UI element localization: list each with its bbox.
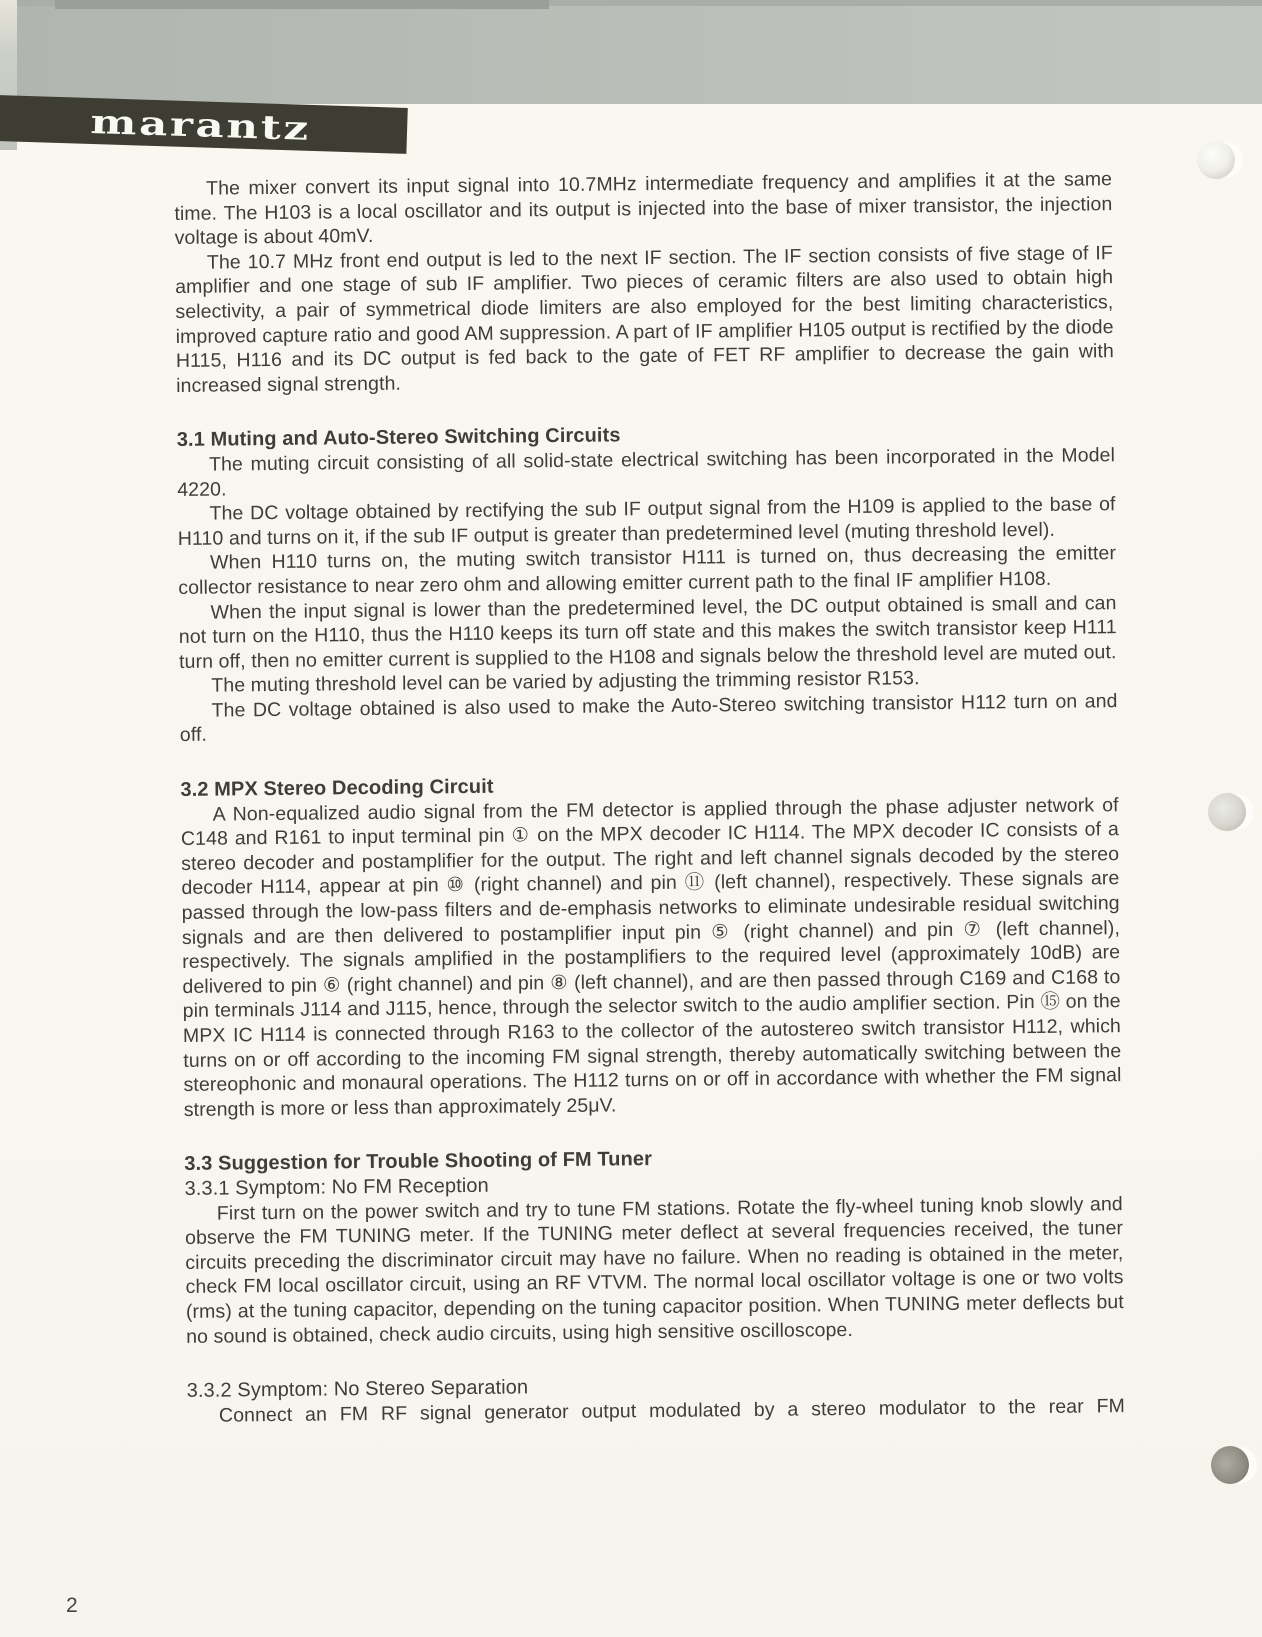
top-dark-strip	[55, 0, 549, 9]
binder-hole	[1201, 140, 1243, 180]
intro-paragraph: The mixer convert its input signal into …	[174, 167, 1113, 251]
section-paragraph: When the input signal is lower than the …	[178, 591, 1117, 675]
binder-hole	[1212, 792, 1254, 832]
scanned-manual-page: marantz The mixer convert its input sign…	[0, 0, 1262, 1637]
section-paragraph: A Non-equalized audio signal from the FM…	[181, 793, 1122, 1123]
page-number: 2	[66, 1594, 78, 1618]
marantz-logo-text: marantz	[90, 105, 311, 145]
top-gray-band	[16, 0, 1262, 104]
intro-paragraph: The 10.7 MHz front end output is led to …	[175, 241, 1114, 398]
binder-hole	[1215, 1445, 1257, 1485]
section-paragraph: First turn on the power switch and try t…	[185, 1192, 1124, 1349]
body-text-column: The mixer convert its input signal into …	[174, 167, 1125, 1428]
section-paragraph: The DC voltage obtained is also used to …	[179, 689, 1117, 748]
